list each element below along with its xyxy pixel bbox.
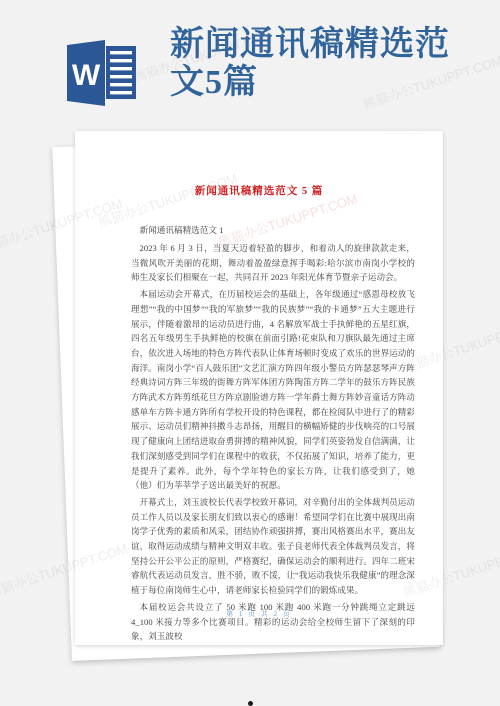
page-number-footer: 第 1 页 共 2 页 bbox=[75, 609, 443, 619]
document-paragraph: 本届校运会共设立了 50 米跑 100 米跑 400 米跑一分钟跳绳立定跳远 4… bbox=[131, 600, 415, 644]
document-paragraph: 2023 年 6 月 3 日，当夏天迈着轻盈的脚步，和着动人的旋律款款走来，当微… bbox=[131, 241, 415, 285]
page-title: 新闻通讯稿精选范文5篇 bbox=[170, 26, 458, 102]
document-section-heading: 新闻通讯稿精选范文 1 bbox=[131, 224, 415, 236]
document-preview-page[interactable]: 新闻通讯稿精选范文 5 篇 新闻通讯稿精选范文 1 2023 年 6 月 3 日… bbox=[75, 131, 443, 645]
preview-stage: W 新闻通讯稿精选范文5篇 熊猫办公TUKUPPT.COM 熊猫办公TUKUPP… bbox=[0, 0, 500, 706]
word-file-icon: W bbox=[66, 40, 138, 108]
carousel-indicator bbox=[0, 693, 500, 706]
document-paragraph: 开幕式上，刘玉波校长代表学校致开幕词，对辛勤付出的全体裁判员运动员工作人员以及家… bbox=[131, 495, 415, 598]
document-title: 新闻通讯稿精选范文 5 篇 bbox=[75, 183, 443, 198]
document-paragraph: 本届运动会开幕式，在历届校运会的基础上，各年级通过“感恩母校放飞理想”“我的中国… bbox=[131, 287, 415, 493]
carousel-dot[interactable] bbox=[248, 701, 253, 706]
word-icon-letter-w: W bbox=[72, 59, 101, 92]
document-body: 新闻通讯稿精选范文 1 2023 年 6 月 3 日，当夏天迈着轻盈的脚步，和着… bbox=[75, 198, 443, 644]
